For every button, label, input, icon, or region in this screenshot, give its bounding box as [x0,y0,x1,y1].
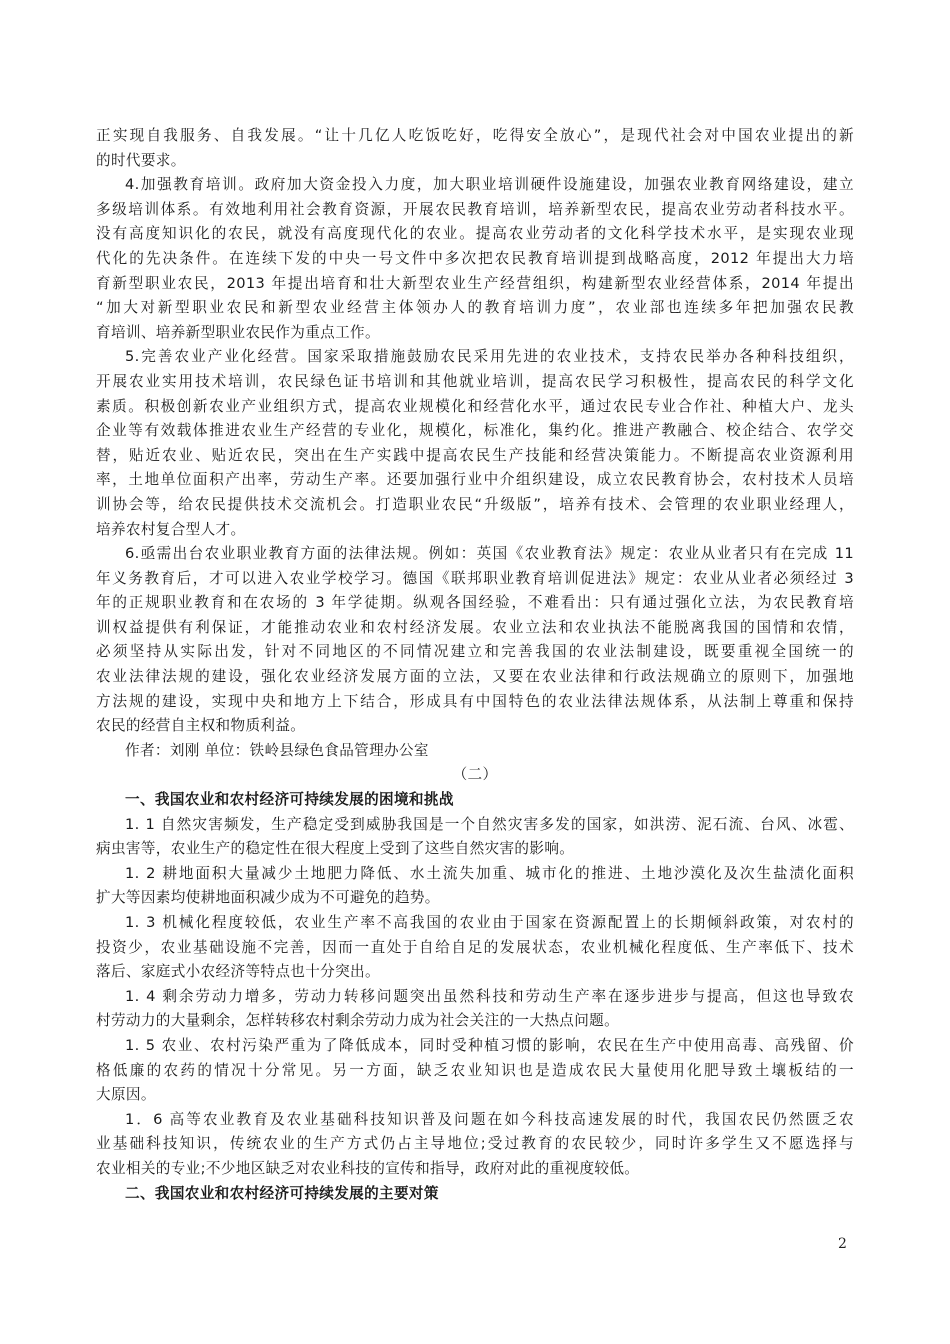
author-line: 作者：刘刚 单位：铁岭县绿色食品管理办公室 [96,739,854,764]
text-line: 正实现自我服务、自我发展。“让十几亿人吃饭吃好，吃得安全放心”，是现代社会对中国… [96,124,854,149]
text-line: 格低廉的农药的情况十分常见。另一方面，缺乏农业知识也是造成农民大量使用化肥导致土… [96,1059,854,1084]
section-heading: 一、我国农业和农村经济可持续发展的困境和挑战 [96,788,854,813]
paragraph-heading-line: 5.完善农业产业化经营。国家采取措施鼓励农民采用先进的农业技术，支持农民举办各种… [96,345,854,370]
paragraph-heading-line: 1. 3 机械化程度较低，农业生产率不高我国的农业由于国家在资源配置上的长期倾斜… [96,911,854,936]
paragraph-heading-line: 1. 1 自然灾害频发，生产稳定受到威胁我国是一个自然灾害多发的国家，如洪涝、泥… [96,813,854,838]
text-line: “加大对新型职业农民和新型农业经营主体领办人的教育培训力度”，农业部也连续多年把… [96,296,854,321]
text-line: 素质。积极创新农业产业组织方式，提高农业规模化和经营化水平，通过农民专业合作社、… [96,395,854,420]
text-line: 落后、家庭式小农经济等特点也十分突出。 [96,960,854,985]
paragraph-heading-line: 1. 5 农业、农村污染严重为了降低成本，同时受种植习惯的影响，农民在生产中使用… [96,1034,854,1059]
text-line: 的时代要求。 [96,149,854,174]
paragraph-heading-line: 6.亟需出台农业职业教育方面的法律法规。例如：英国《农业教育法》规定：农业从业者… [96,542,854,567]
text-line: 率，土地单位面积产出率，劳动生产率。还要加强行业中介组织建设，成立农民教育协会，… [96,468,854,493]
text-line: 训权益提供有利保证，才能推动农业和农村经济发展。农业立法和农业执法不能脱离我国的… [96,616,854,641]
document-page: 正实现自我服务、自我发展。“让十几亿人吃饭吃好，吃得安全放心”，是现代社会对中国… [96,124,854,1206]
text-line: 育新型职业农民，2013 年提出培育和壮大新型农业生产经营组织，构建新型农业经营… [96,272,854,297]
text-line: 扩大等因素均使耕地面积减少成为不可避免的趋势。 [96,886,854,911]
text-line: 必须坚持从实际出发，针对不同地区的不同情况建立和完善我国的农业法制建设，既要重视… [96,640,854,665]
text-line: 代化的先决条件。在连续下发的中央一号文件中多次把农民教育培训提到战略高度，201… [96,247,854,272]
text-line: 多级培训体系。有效地利用社会教育资源，开展农民教育培训，培养新型农民，提高农业劳… [96,198,854,223]
text-line: 村劳动力的大量剩余，怎样转移农村剩余劳动力成为社会关注的一大热点问题。 [96,1009,854,1034]
text-line: 训协会等，给农民提供技术交流机会。打造职业农民“升级版”，培养有技术、会管理的农… [96,493,854,518]
section-heading: 二、我国农业和农村经济可持续发展的主要对策 [96,1182,854,1207]
text-line: 业基础科技知识，传统农业的生产方式仍占主导地位;受过教育的农民较少，同时许多学生… [96,1132,854,1157]
text-line: 病虫害等，农业生产的稳定性在很大程度上受到了这些自然灾害的影响。 [96,837,854,862]
text-line: 农业法律法规的建设，强化农业经济发展方面的立法，又要在农业法律和行政法规确立的原… [96,665,854,690]
text-line: 农民的经营自主权和物质利益。 [96,714,854,739]
paragraph-heading-line: 1. 2 耕地面积大量减少土地肥力降低、水土流失加重、城市化的推进、土地沙漠化及… [96,862,854,887]
text-line: 培养农村复合型人才。 [96,518,854,543]
text-line: 没有高度知识化的农民，就没有高度现代化的农业。提高农业劳动者的文化科学技术水平，… [96,222,854,247]
paragraph-heading-line: 4.加强教育培训。政府加大资金投入力度，加大职业培训硬件设施建设，加强农业教育网… [96,173,854,198]
text-line: 年义务教育后，才可以进入农业学校学习。德国《联邦职业教育培训促进法》规定：农业从… [96,567,854,592]
text-line: 替，贴近农业、贴近农民，突出在生产实践中提高农民生产技能和经营决策能力。不断提高… [96,444,854,469]
text-line: 年的正规职业教育和在农场的 3 年学徒期。纵观各国经验，不难看出：只有通过强化立… [96,591,854,616]
paragraph-heading-line: 1．6 高等农业教育及农业基础科技知识普及问题在如今科技高速发展的时代，我国农民… [96,1108,854,1133]
page-number: 2 [838,1236,847,1252]
text-line: 育培训、培养新型职业农民作为重点工作。 [96,321,854,346]
text-line: 大原因。 [96,1083,854,1108]
paragraph-heading-line: 1. 4 剩余劳动力增多，劳动力转移问题突出虽然科技和劳动生产率在逐步进步与提高… [96,985,854,1010]
part-marker: （二） [96,763,854,788]
text-line: 企业等有效载体推进农业生产经营的专业化，规模化，标准化，集约化。推进产教融合、校… [96,419,854,444]
text-line: 方法规的建设，实现中央和地方上下结合，形成具有中国特色的农业法律法规体系，从法制… [96,690,854,715]
text-line: 农业相关的专业;不少地区缺乏对农业科技的宣传和指导，政府对此的重视度较低。 [96,1157,854,1182]
text-line: 开展农业实用技术培训，农民绿色证书培训和其他就业培训，提高农民学习积极性，提高农… [96,370,854,395]
text-line: 投资少，农业基础设施不完善，因而一直处于自给自足的发展状态，农业机械化程度低、生… [96,936,854,961]
